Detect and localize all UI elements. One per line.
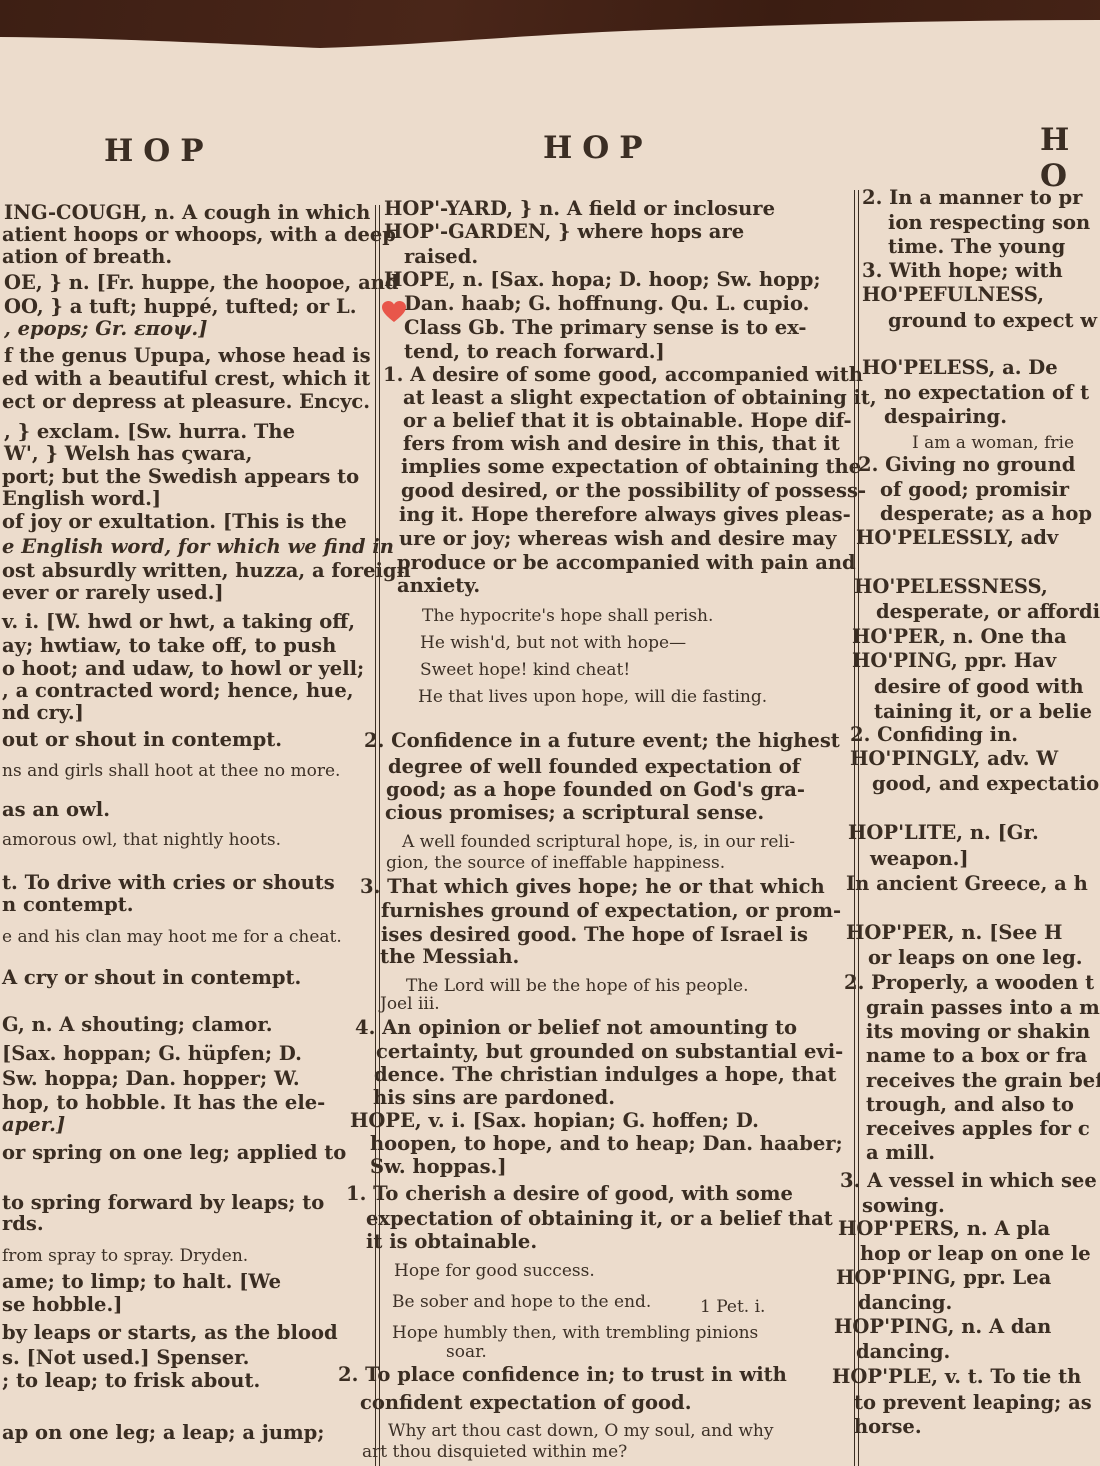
headword-line: HO'PELESSLY, adv <box>856 527 1058 549</box>
text-line: fers from wish and desire in this, that … <box>403 433 840 455</box>
text-line: dancing. <box>858 1292 952 1314</box>
text-line: ed with a beautiful crest, which it <box>2 368 370 390</box>
text-line: 2. To place confidence in; to trust in w… <box>338 1364 787 1386</box>
quote-line: Sweet hope! kind cheat! <box>420 659 630 681</box>
text-line: ay; hwtiaw, to take off, to push <box>2 635 336 657</box>
text-line: the Messiah. <box>380 946 519 968</box>
text-line: good, and expectatio <box>872 773 1099 795</box>
text-line: 3. A vessel in which see <box>840 1170 1097 1192</box>
text-line: receives apples for c <box>866 1118 1090 1140</box>
text-line: or spring on one leg; applied to <box>2 1142 346 1164</box>
quote-line: He wish'd, but not with hope— <box>420 632 686 654</box>
text-line: no expectation of t <box>884 382 1089 404</box>
text-line: 2. Confidence in a future event; the hig… <box>364 730 840 752</box>
text-line: trough, and also to <box>866 1094 1074 1116</box>
text-line: or leaps on one leg. <box>868 947 1083 969</box>
quote-line: ns and girls shall hoot at thee no more. <box>2 760 340 782</box>
headword-line: HOP'PLE, v. t. To tie th <box>832 1366 1081 1388</box>
text-line: good desired, or the possibility of poss… <box>401 480 866 502</box>
headword-line: HO'PINGLY, adv. W <box>850 748 1058 770</box>
text-line: OE, } n. [Fr. huppe, the hoopoe, and <box>4 272 399 294</box>
text-line: horse. <box>854 1416 922 1438</box>
text-line: 2. Giving no ground <box>858 454 1075 476</box>
text-line: aper.] <box>2 1114 65 1136</box>
text-line: e English word, for which we find in <box>2 536 394 558</box>
text-line: desire of good with <box>874 676 1084 698</box>
headword-line: HOPE, v. i. [Sax. hopian; G. hoffen; D. <box>350 1110 759 1132</box>
text-line: hop or leap on one le <box>860 1243 1091 1265</box>
text-line: tend, to reach forward.] <box>404 341 665 363</box>
text-line: rds. <box>2 1213 44 1235</box>
text-line: , } exclam. [Sw. hurra. The <box>4 421 295 443</box>
quote-line: e and his clan may hoot me for a cheat. <box>2 926 342 948</box>
running-head-center: HOP <box>543 130 653 166</box>
text-line: OO, } a tuft; huppé, tufted; or L. <box>4 296 357 318</box>
quote-line: Why art thou cast down, O my soul, and w… <box>388 1420 773 1442</box>
quote-line: The Lord will be the hope of his people. <box>406 975 748 997</box>
headword-line: HOP'-GARDEN, } where hops are <box>384 221 744 243</box>
text-line: its moving or shakin <box>866 1021 1090 1043</box>
text-line: , epops; Gr. εποψ.] <box>4 318 207 340</box>
text-line: or a belief that it is obtainable. Hope … <box>403 410 852 432</box>
text-line: ; to leap; to frisk about. <box>2 1370 260 1392</box>
headword-line: HO'PELESSNESS, <box>854 576 1048 598</box>
text-line: confident expectation of good. <box>360 1392 691 1414</box>
text-line: ap on one leg; a leap; a jump; <box>2 1422 324 1444</box>
text-line: to spring forward by leaps; to <box>2 1192 324 1214</box>
headword-line: HOP'PER, n. [See H <box>846 922 1062 944</box>
text-line: time. The young <box>888 236 1065 258</box>
text-line: taining it, or a belie <box>874 701 1092 723</box>
text-line: hoopen, to hope, and to heap; Dan. haabe… <box>370 1133 843 1155</box>
headword-line: HOPE, n. [Sax. hopa; D. hoop; Sw. hopp; <box>384 269 821 291</box>
text-line: W', } Welsh has ςwara, <box>4 443 252 465</box>
quote-line: A well founded scriptural hope, is, in o… <box>402 831 795 853</box>
headword-line: HOP'-YARD, } n. A field or inclosure <box>384 198 775 220</box>
column-rule <box>379 205 380 1466</box>
text-line: atient hoops or whoops, with a deep <box>2 224 396 246</box>
text-line: ises desired good. The hope of Israel is <box>381 924 808 946</box>
text-line: port; but the Swedish appears to <box>2 466 359 488</box>
text-line: degree of well founded expectation of <box>388 756 800 778</box>
text-line: of good; promisir <box>880 479 1069 501</box>
headword-line: HOP'PING, n. A dan <box>834 1316 1051 1338</box>
text-line: t. To drive with cries or shouts <box>2 872 335 894</box>
quote-line: He that lives upon hope, will die fastin… <box>418 686 767 708</box>
text-line: 2. Properly, a wooden t <box>844 972 1094 994</box>
text-line: hop, to hobble. It has the ele- <box>2 1092 325 1114</box>
text-line: of joy or exultation. [This is the <box>2 511 347 533</box>
running-head-right: H O <box>1040 122 1100 194</box>
text-line: In ancient Greece, a h <box>846 873 1088 895</box>
text-line: ure or joy; whereas wish and desire may <box>399 528 836 550</box>
column-rule <box>375 205 376 1466</box>
text-line: desperate; as a hop <box>880 503 1092 525</box>
text-line: anxiety. <box>397 575 480 597</box>
text-line: at least a slight expectation of obtaini… <box>403 387 877 409</box>
text-line: , a contracted word; hence, hue, <box>2 680 354 702</box>
text-line: to prevent leaping; as <box>854 1392 1092 1414</box>
text-line: a mill. <box>866 1142 935 1164</box>
text-line: nd cry.] <box>2 702 84 724</box>
text-line: 2. Confiding in. <box>850 724 1018 746</box>
text-line: ing it. Hope therefore always gives plea… <box>399 504 851 526</box>
heart-icon <box>381 300 407 324</box>
text-line: 2. In a manner to pr <box>862 187 1082 209</box>
headword-line: HOP'PING, ppr. Lea <box>836 1267 1051 1289</box>
text-line: weapon.] <box>870 848 969 870</box>
headword-line: HO'PING, ppr. Hav <box>852 650 1056 672</box>
text-line: name to a box or fra <box>866 1045 1087 1067</box>
text-line: desperate, or affordi <box>876 601 1100 623</box>
text-line: ever or rarely used.] <box>2 582 224 604</box>
quote-line: amorous owl, that nightly hoots. <box>2 829 281 851</box>
quote-line: art thou disquieted within me? <box>362 1441 627 1463</box>
text-line: receives the grain bef <box>866 1070 1100 1092</box>
text-line: ect or depress at pleasure. Encyc. <box>2 391 370 413</box>
text-line: ING-COUGH, n. A cough in which <box>4 202 370 224</box>
text-line: se hobble.] <box>2 1294 122 1316</box>
text-line: 3. That which gives hope; he or that whi… <box>360 876 825 898</box>
text-line: ame; to limp; to halt. [We <box>2 1271 281 1293</box>
quote-line: I am a woman, frie <box>912 432 1074 454</box>
text-line: despairing. <box>884 406 1007 428</box>
text-line: it is obtainable. <box>366 1231 537 1253</box>
text-line: expectation of obtaining it, or a belief… <box>366 1208 833 1230</box>
text-line: Dan. haab; G. hoffnung. Qu. L. cupio. <box>404 293 809 315</box>
text-line: certainty, but grounded on substantial e… <box>376 1041 843 1063</box>
text-line: produce or be accompanied with pain and <box>397 552 856 574</box>
text-line: grain passes into a m <box>866 997 1100 1019</box>
headword-line: HO'PELESS, a. De <box>862 357 1058 379</box>
text-line: Class Gb. The primary sense is to ex- <box>404 317 807 339</box>
text-line: dancing. <box>856 1341 950 1363</box>
text-line: raised. <box>404 246 478 268</box>
text-line: dence. The christian indulges a hope, th… <box>374 1064 836 1086</box>
text-line: cious promises; a scriptural sense. <box>385 802 764 824</box>
text-line: 3. With hope; with <box>862 260 1063 282</box>
text-line: A cry or shout in contempt. <box>2 967 301 989</box>
quote-line: gion, the source of ineffable happiness. <box>386 852 725 874</box>
text-line: s. [Not used.] Spenser. <box>2 1347 249 1369</box>
text-line: v. i. [W. hwd or hwt, a taking off, <box>2 611 355 633</box>
quote-line: soar. <box>446 1341 487 1363</box>
running-head-left: HOP <box>104 133 214 169</box>
text-line: o hoot; and udaw, to howl or yell; <box>2 658 364 680</box>
headword-line: HOP'PERS, n. A pla <box>838 1218 1050 1240</box>
text-line: implies some expectation of obtaining th… <box>401 456 861 478</box>
text-line: out or shout in contempt. <box>2 729 282 751</box>
text-line: G, n. A shouting; clamor. <box>2 1014 273 1036</box>
text-line: his sins are pardoned. <box>373 1087 615 1109</box>
text-line: furnishes ground of expectation, or prom… <box>381 900 841 922</box>
quote-source: Joel iii. <box>380 993 440 1015</box>
text-line: ion respecting son <box>888 212 1090 234</box>
text-line: as an owl. <box>2 799 110 821</box>
text-line: Sw. hoppa; Dan. hopper; W. <box>2 1068 300 1090</box>
text-line: n contempt. <box>2 894 134 916</box>
text-line: f the genus Upupa, whose head is <box>4 345 371 367</box>
headword-line: HO'PER, n. One tha <box>852 626 1067 648</box>
text-line: ost absurdly written, huzza, a foreign <box>2 560 411 582</box>
text-line: English word.] <box>2 488 161 510</box>
text-line: ation of breath. <box>2 246 172 268</box>
text-line: 1. A desire of some good, accompanied wi… <box>383 364 863 386</box>
text-line: 1. To cherish a desire of good, with som… <box>346 1183 793 1205</box>
headword-line: HOP'LITE, n. [Gr. <box>848 822 1039 844</box>
text-line: good; as a hope founded on God's gra- <box>386 779 805 801</box>
text-line: Sw. hoppas.] <box>370 1156 507 1178</box>
quote-line: Be sober and hope to the end. <box>392 1291 651 1313</box>
quote-line: from spray to spray. Dryden. <box>2 1245 248 1267</box>
text-line: [Sax. hoppan; G. hüpfen; D. <box>2 1043 302 1065</box>
text-line: ground to expect w <box>888 310 1097 332</box>
text-line: by leaps or starts, as the blood <box>2 1322 338 1344</box>
text-line: 4. An opinion or belief not amounting to <box>355 1017 797 1039</box>
quote-source: 1 Pet. i. <box>700 1296 765 1318</box>
quote-line: Hope for good success. <box>394 1260 595 1282</box>
text-line: sowing. <box>862 1195 945 1217</box>
headword-line: HO'PEFULNESS, <box>862 284 1044 306</box>
quote-line: The hypocrite's hope shall perish. <box>422 605 713 627</box>
